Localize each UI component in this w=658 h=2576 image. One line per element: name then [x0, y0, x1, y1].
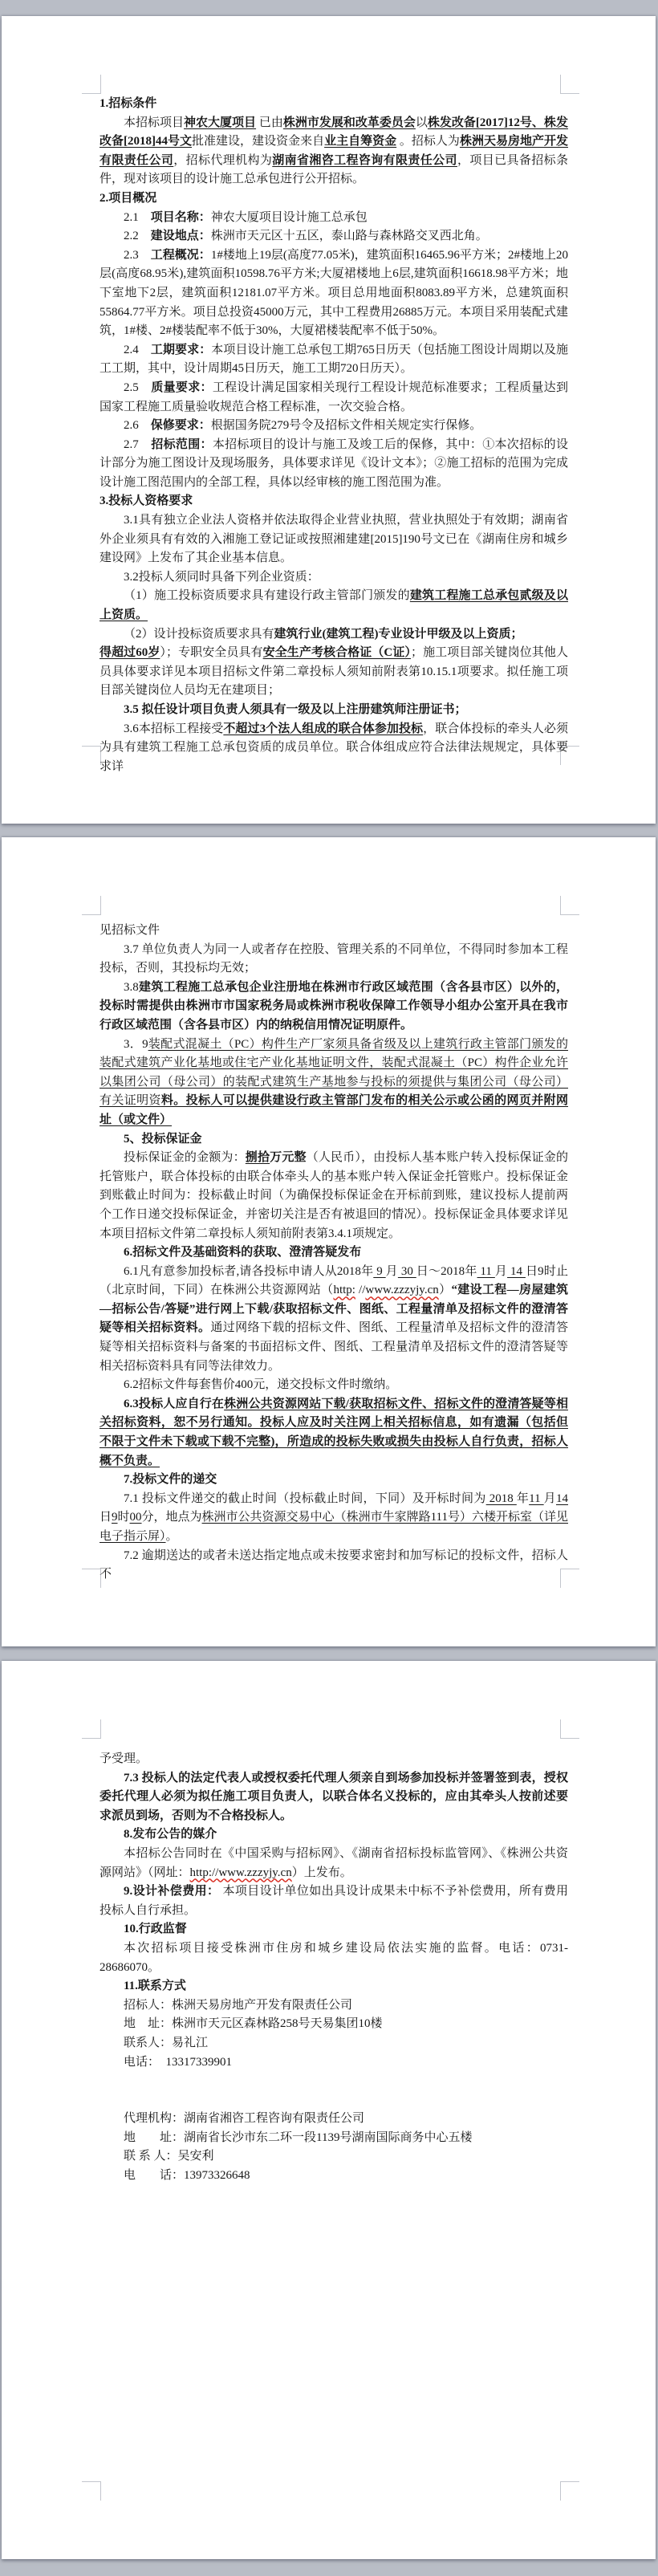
- page-1-text: 1.招标条件本招标项目神农大厦项目 已由株洲市发展和改革委员会以株发改备[201…: [100, 95, 568, 776]
- paragraph: 本次招标项目接受株洲市住房和城乡建设局依法实施的监督。电话：0731-28686…: [100, 1939, 568, 1977]
- document-page-2: 见招标文件3.7 单位负责人为同一人或者存在控股、管理关系的不同单位，不得同时参…: [2, 837, 656, 1646]
- paragraph: 3.8建筑工程施工总承包企业注册地在株洲市行政区域范围（含各县市区）以外的，投标…: [100, 979, 568, 1036]
- paragraph: 6.3投标人应自行在株洲公共资源网站下载/获取招标文件、招标文件的澄清答疑等相关…: [100, 1395, 568, 1471]
- section-heading: 6.招标文件及基础资料的获取、澄清答疑发布: [100, 1243, 568, 1263]
- paragraph: 6.2招标文件每套售价400元，递交投标文件时缴纳。: [100, 1376, 568, 1395]
- paragraph: 2.4 工期要求：本项目设计施工总承包工期765日历天（包括施工图设计周期以及施…: [100, 341, 568, 379]
- document-page-3: 予受理。7.3 投标人的法定代表人或授权委托代理人须亲自到场参加投标并签署签到表…: [2, 1661, 656, 2559]
- page-3-text: 予受理。7.3 投标人的法定代表人或授权委托代理人须亲自到场参加投标并签署签到表…: [100, 1750, 568, 2185]
- margin-mark-top-left: [82, 75, 101, 94]
- section-heading: 5、投标保证金: [100, 1130, 568, 1150]
- section-heading: 7.投标文件的递交: [100, 1471, 568, 1490]
- paragraph: 投标保证金的金额为：捌拾万元整（人民币），由投标人基本账户转入投标保证金的托管账…: [100, 1149, 568, 1243]
- paragraph: 2.6 保修要求：根据国务院279号令及招标文件相关规定实行保修。: [100, 417, 568, 436]
- document-page-1: 1.招标条件本招标项目神农大厦项目 已由株洲市发展和改革委员会以株发改备[201…: [2, 16, 656, 824]
- contact-line: 招标人：株洲天易房地产开发有限责任公司: [100, 1996, 568, 2016]
- paragraph: 7.2 逾期送达的或者未送达指定地点或未按要求密封和加写标记的投标文件，招标人不: [100, 1547, 568, 1585]
- margin-mark-top-left: [82, 896, 101, 915]
- paragraph: 6.1凡有意参加投标者,请各投标申请人从2018年 9 月 30 日～2018年…: [100, 1263, 568, 1377]
- paragraph: 3．9装配式混凝土（PC）构件生产厂家须具备省级及以上建筑行政主管部门颁发的装配…: [100, 1036, 568, 1130]
- paragraph: （2）设计投标资质要求具有建筑行业(建筑工程)专业设计甲级及以上资质；: [100, 625, 568, 645]
- section-heading: 3.投标人资格要求: [100, 492, 568, 511]
- paragraph: 7.1 投标文件递交的截止时间（投标截止时间，下同）及开标时间为 2018 年1…: [100, 1490, 568, 1547]
- paragraph: 2.5 质量要求：工程设计满足国家相关现行工程设计规范标准要求；工程质量达到国家…: [100, 379, 568, 417]
- paragraph: 3.5 拟任设计项目负责人须具有一级及以上注册建筑师注册证书；: [100, 701, 568, 720]
- paragraph: 7.3 投标人的法定代表人或授权委托代理人须亲自到场参加投标并签署签到表，授权委…: [100, 1769, 568, 1826]
- paragraph-continuation: 予受理。: [100, 1750, 568, 1769]
- margin-mark-bottom-left: [82, 746, 101, 765]
- paragraph: 本招标公告同时在《中国采购与招标网》、《湖南省招标投标监管网》、《株洲公共资源网…: [100, 1845, 568, 1882]
- spacer: [100, 2072, 568, 2110]
- paragraph: 3.2投标人须同时具备下列企业资质：: [100, 568, 568, 588]
- margin-mark-top-right: [560, 75, 579, 94]
- paragraph: 9.设计补偿费用： 本项目设计单位如出具设计成果未中标不予补偿费用，所有费用投标…: [100, 1882, 568, 1920]
- margin-mark-bottom-right: [560, 2481, 579, 2501]
- paragraph: （1）施工投标资质要求具有建设行政主管部门颁发的建筑工程施工总承包贰级及以上资质…: [100, 587, 568, 625]
- page-2-text: 见招标文件3.7 单位负责人为同一人或者存在控股、管理关系的不同单位，不得同时参…: [100, 922, 568, 1585]
- paragraph: 3.7 单位负责人为同一人或者存在控股、管理关系的不同单位，不得同时参加本工程投…: [100, 941, 568, 979]
- paragraph: 2.1 项目名称：神农大厦项目设计施工总承包: [100, 209, 568, 228]
- margin-mark-top-right: [560, 1719, 579, 1739]
- paragraph: 2.2 建设地点：株洲市天元区十五区，泰山路与森林路交叉西北角。: [100, 227, 568, 246]
- paragraph-continuation: 得超过60岁）；专职安全员具有安全生产考核合格证（C证）；施工项目部关键岗位其他…: [100, 644, 568, 701]
- document-canvas: { "theme": { "canvas_background": "#b9bd…: [0, 0, 658, 2576]
- contact-line: 联 系 人：吴安利: [100, 2147, 568, 2167]
- contact-line: 地 址：株洲市天元区森林路258号天易集团10楼: [100, 2015, 568, 2034]
- paragraph-continuation: 见招标文件: [100, 922, 568, 941]
- paragraph: 2.3 工程概况：1#楼地上19层(高度77.05米)，建筑面积16465.96…: [100, 246, 568, 341]
- paragraph: 3.1具有独立企业法人资格并依法取得企业营业执照，营业执照处于有效期；湖南省外企…: [100, 511, 568, 568]
- contact-line: 代理机构：湖南省湘咨工程咨询有限责任公司: [100, 2110, 568, 2129]
- margin-mark-top-left: [82, 1719, 101, 1739]
- margin-mark-bottom-left: [82, 2481, 101, 2501]
- contact-line: 电 话：13973326648: [100, 2167, 568, 2186]
- paragraph: 本招标项目神农大厦项目 已由株洲市发展和改革委员会以株发改备[2017]12号、…: [100, 114, 568, 189]
- paragraph: 3.6本招标工程接受不超过3个法人组成的联合体参加投标，联合体投标的牵头人必须为…: [100, 720, 568, 777]
- contact-line: 地 址：湖南省长沙市东二环一段1139号湖南国际商务中心五楼: [100, 2129, 568, 2148]
- contact-line: 联系人：易礼江: [100, 2034, 568, 2053]
- section-heading: 10.行政监督: [100, 1920, 568, 1939]
- margin-mark-bottom-left: [82, 1569, 101, 1588]
- section-heading: 11.联系方式: [100, 1977, 568, 1996]
- margin-mark-top-right: [560, 896, 579, 915]
- section-heading: 1.招标条件: [100, 95, 568, 114]
- section-heading: 8.发布公告的媒介: [100, 1825, 568, 1845]
- contact-line: 电话： 13317339901: [100, 2053, 568, 2073]
- paragraph: 2.7 招标范围：本招标项目的设计与施工及竣工后的保修，其中：①本次招标的设计部…: [100, 436, 568, 493]
- section-heading: 2.项目概况: [100, 189, 568, 209]
